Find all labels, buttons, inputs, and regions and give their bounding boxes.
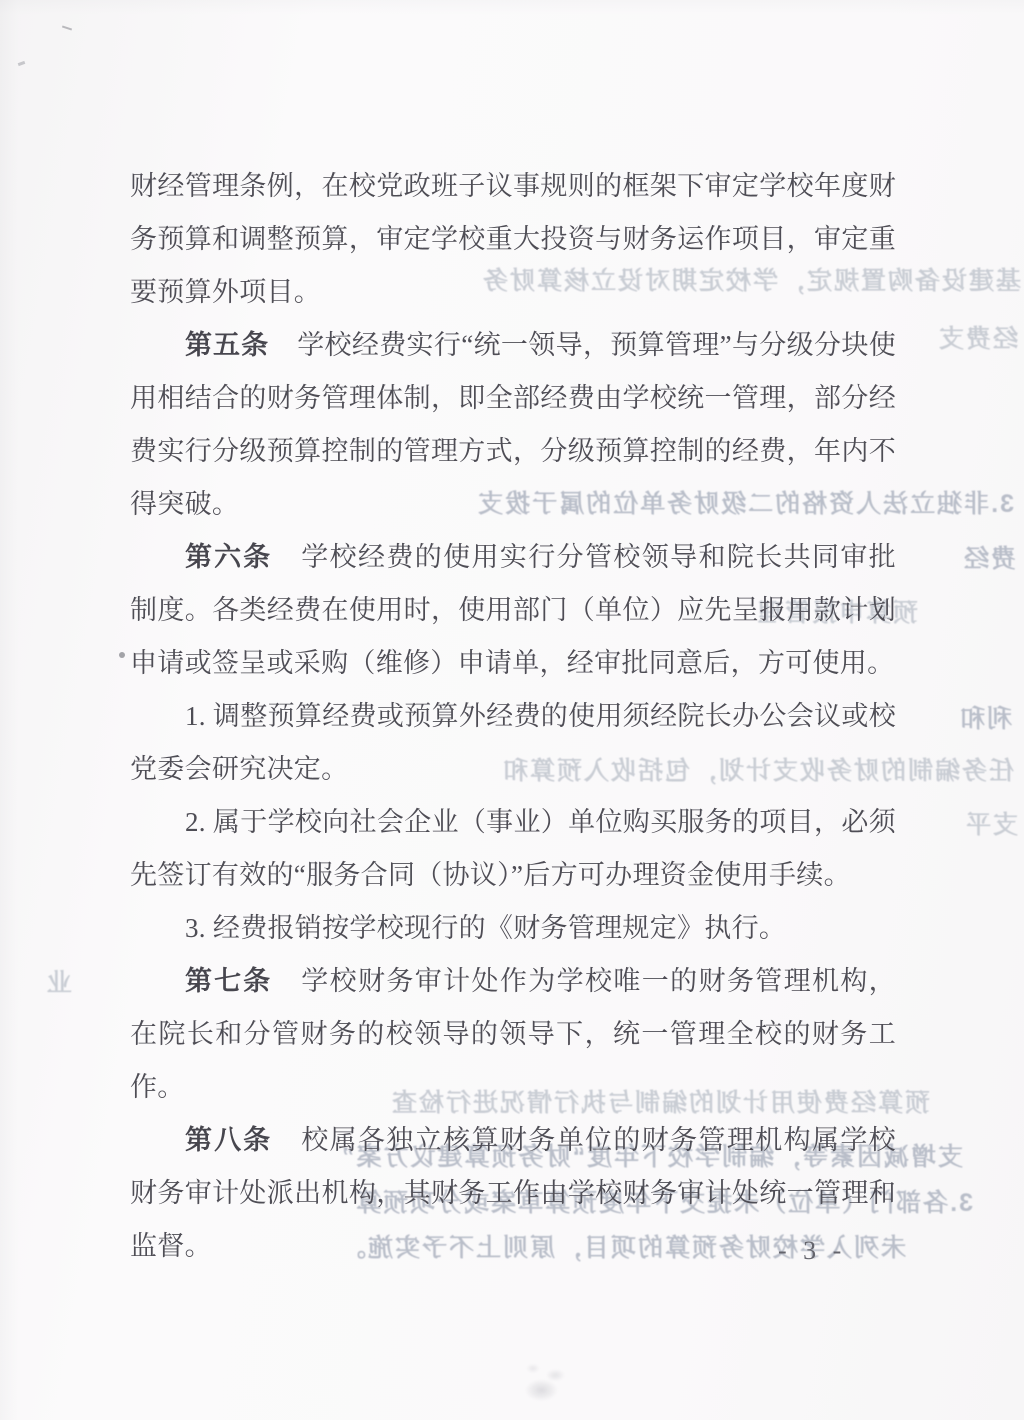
article-number: 第五条: [185, 330, 297, 360]
page-number: - 3 -: [778, 1236, 846, 1266]
document-paragraph: 2. 属于学校向社会企业（事业）单位购买服务的项目，必须先签订有效的“服务合同（…: [130, 796, 896, 902]
document-paragraph: 1. 调整预算经费或预算外经费的使用须经院长办公会议或校党委会研究决定。: [130, 690, 896, 796]
document-body: 财经管理条例，在校党政班子议事规则的框架下审定学校年度财务预算和调整预算，审定学…: [130, 160, 896, 1273]
document-paragraph: 第七条 学校财务审计处作为学校唯一的财务管理机构，在院长和分管财务的校领导的领导…: [130, 955, 896, 1114]
bleedthrough-text: 业: [2, 966, 72, 1000]
document-paragraph: 第六条 学校经费的使用实行分管校领导和院长共同审批制度。各类经费在使用时，使用部…: [130, 531, 896, 690]
paragraph-text: 2. 属于学校向社会企业（事业）单位购买服务的项目，必须先签订有效的“服务合同（…: [130, 807, 896, 890]
article-number: 第七条: [185, 966, 301, 996]
paragraph-text: 1. 调整预算经费或预算外经费的使用须经院长办公会议或校党委会研究决定。: [130, 701, 896, 784]
document-paragraph: 财经管理条例，在校党政班子议事规则的框架下审定学校年度财务预算和调整预算，审定学…: [130, 160, 896, 319]
document-paragraph: 3. 经费报销按学校现行的《财务管理规定》执行。: [130, 902, 896, 955]
scan-artifact-speck: [62, 26, 72, 31]
article-number: 第八条: [185, 1125, 301, 1155]
paragraph-text: 财经管理条例，在校党政班子议事规则的框架下审定学校年度财务预算和调整预算，审定学…: [130, 171, 896, 307]
article-number: 第六条: [185, 542, 301, 572]
scan-artifact-smudge: [512, 1348, 582, 1416]
scan-artifact-speck: [18, 61, 26, 66]
scan-artifact-dot: [119, 652, 125, 658]
scanned-document-page: 基建设备购置规定，学校定期对设立核算财务 经费支 3.非独立法人资格的二级财务单…: [0, 0, 1024, 1420]
document-paragraph: 第五条 学校经费实行“统一领导，预算管理”与分级分块使用相结合的财务管理体制，即…: [130, 319, 896, 531]
paragraph-text: 3. 经费报销按学校现行的《财务管理规定》执行。: [185, 913, 786, 943]
